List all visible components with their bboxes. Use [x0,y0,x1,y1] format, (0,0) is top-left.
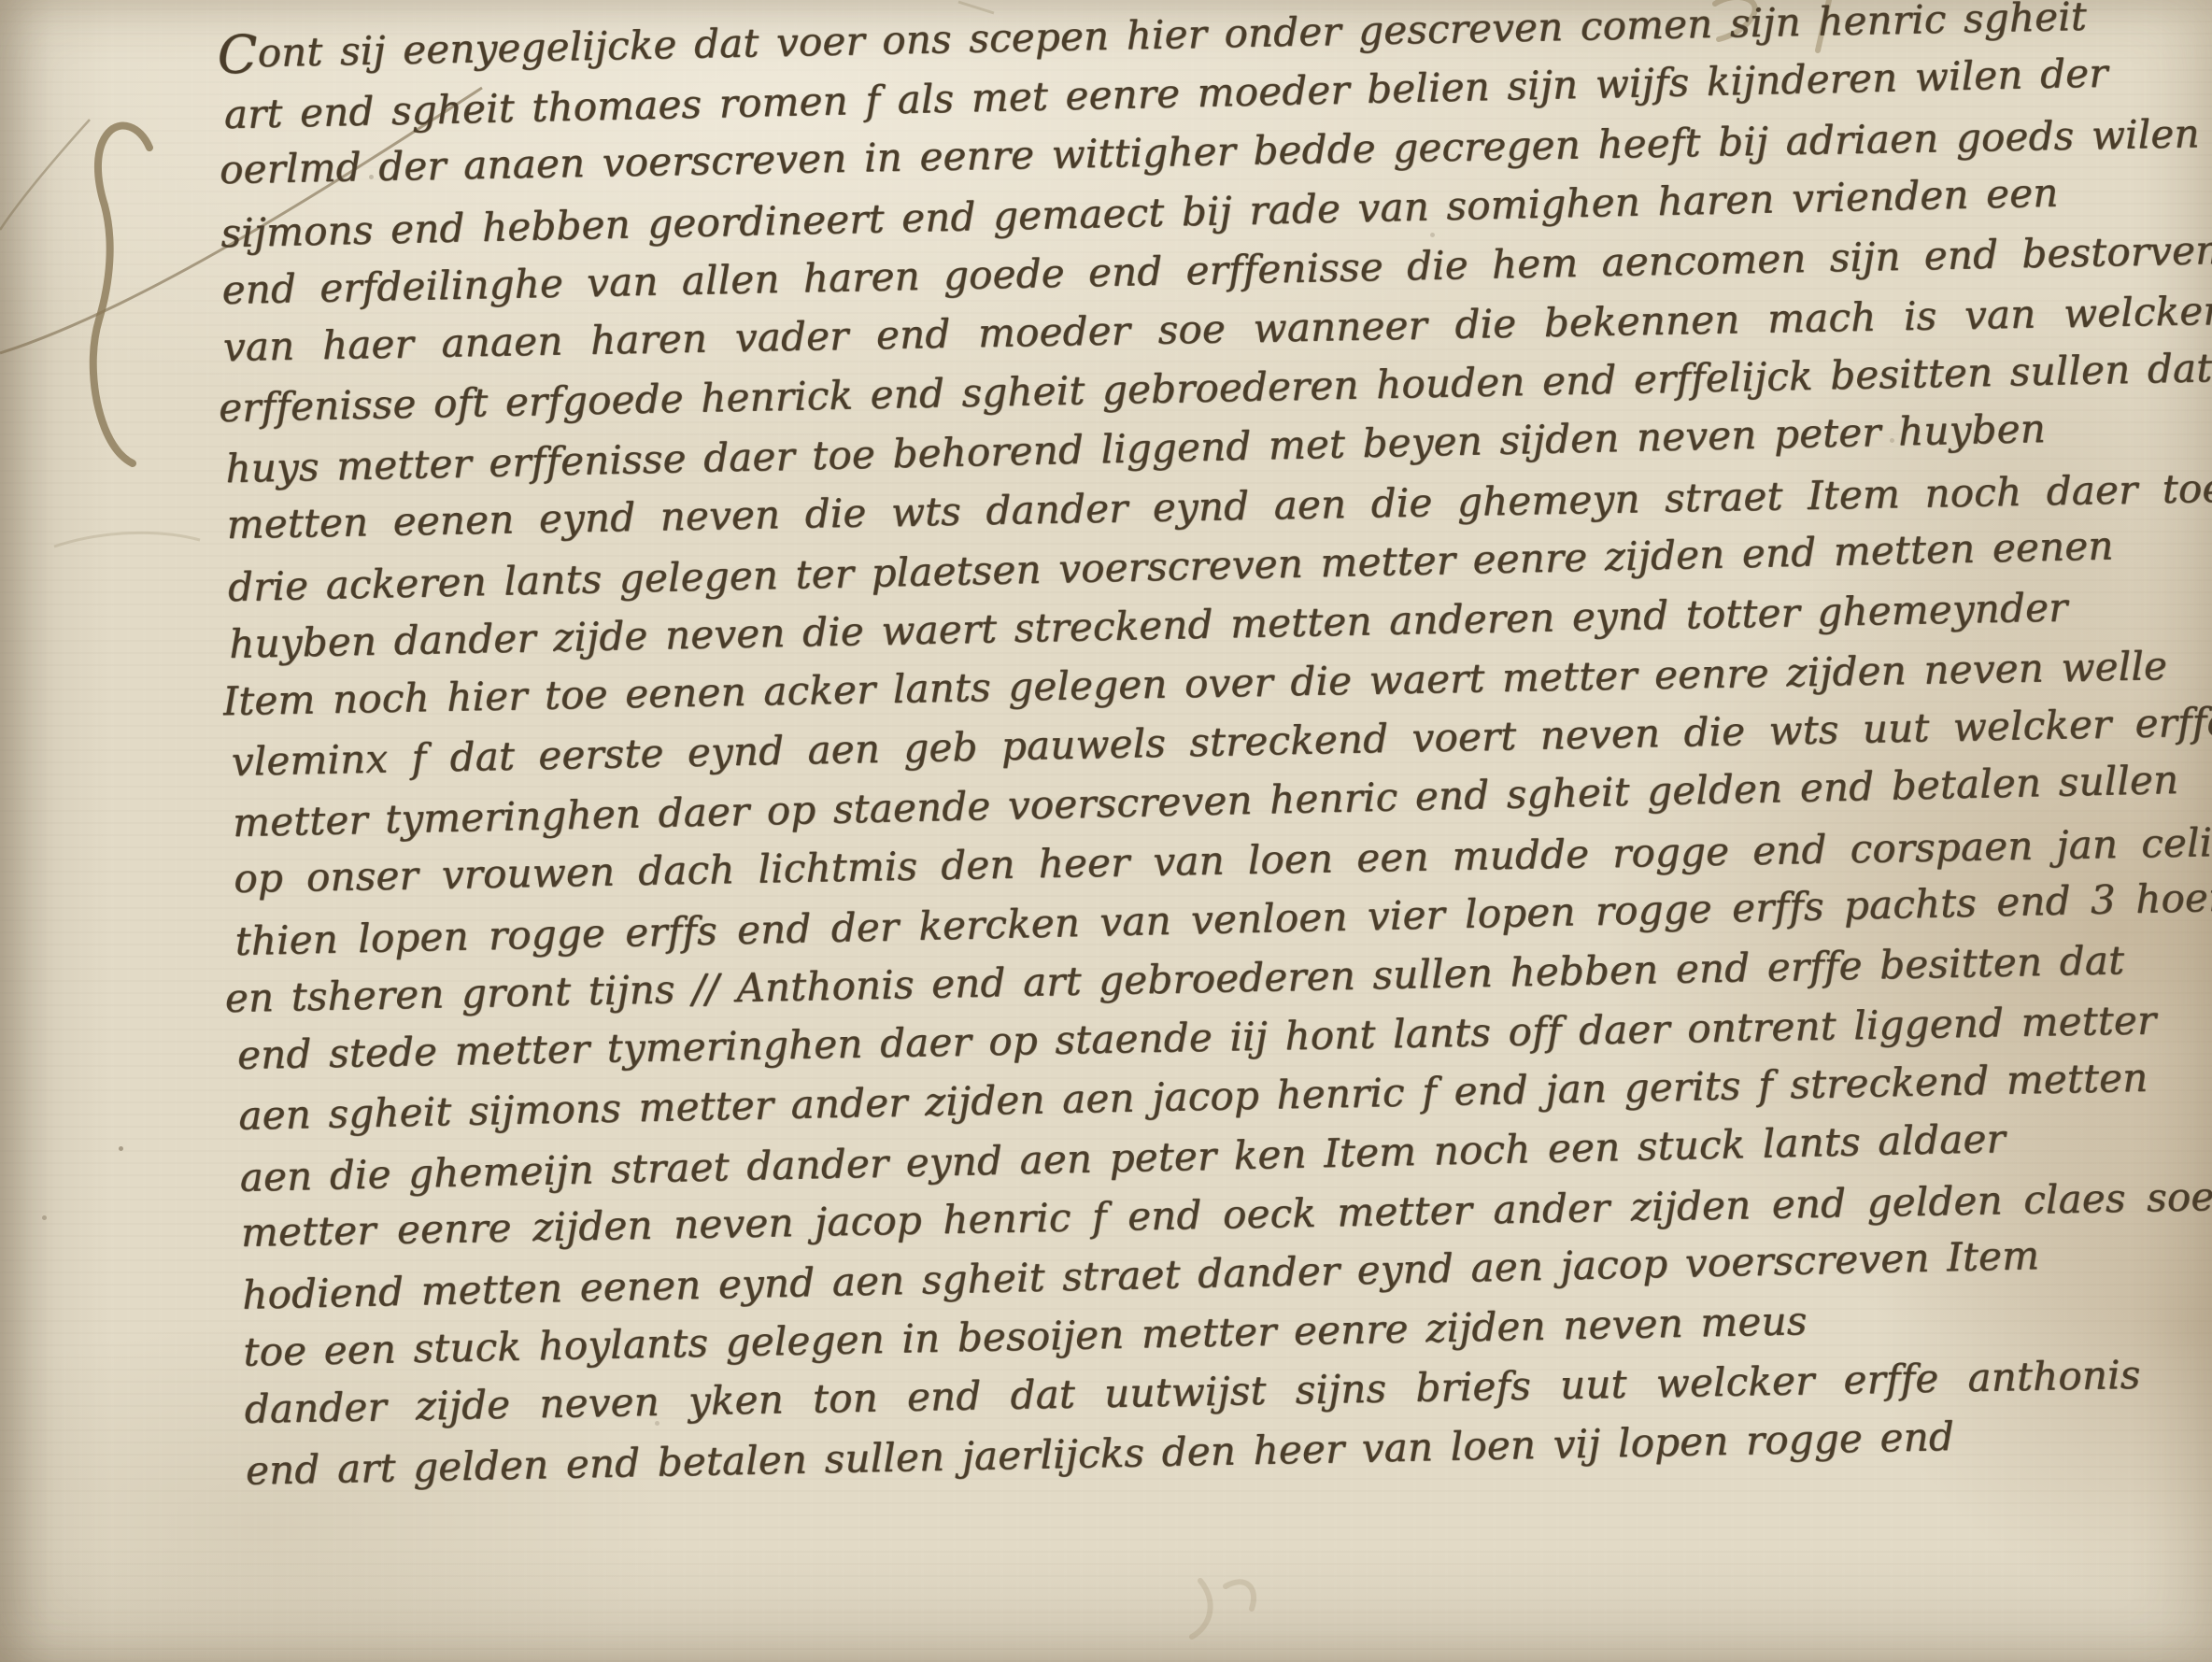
bottom-flourish-mark [1192,1581,1254,1637]
ink-speck-marks [0,0,3,3]
margin-paraph-mark [93,126,149,463]
manuscript-page: Cont sij eenyegelijcke dat voer ons scep… [0,0,2212,1662]
manuscript-text-block: Cont sij eenyegelijcke dat voer ons scep… [217,0,2212,1499]
margin-scratch-mark [54,533,200,547]
margin-hairline-stroke-lower [0,120,90,230]
